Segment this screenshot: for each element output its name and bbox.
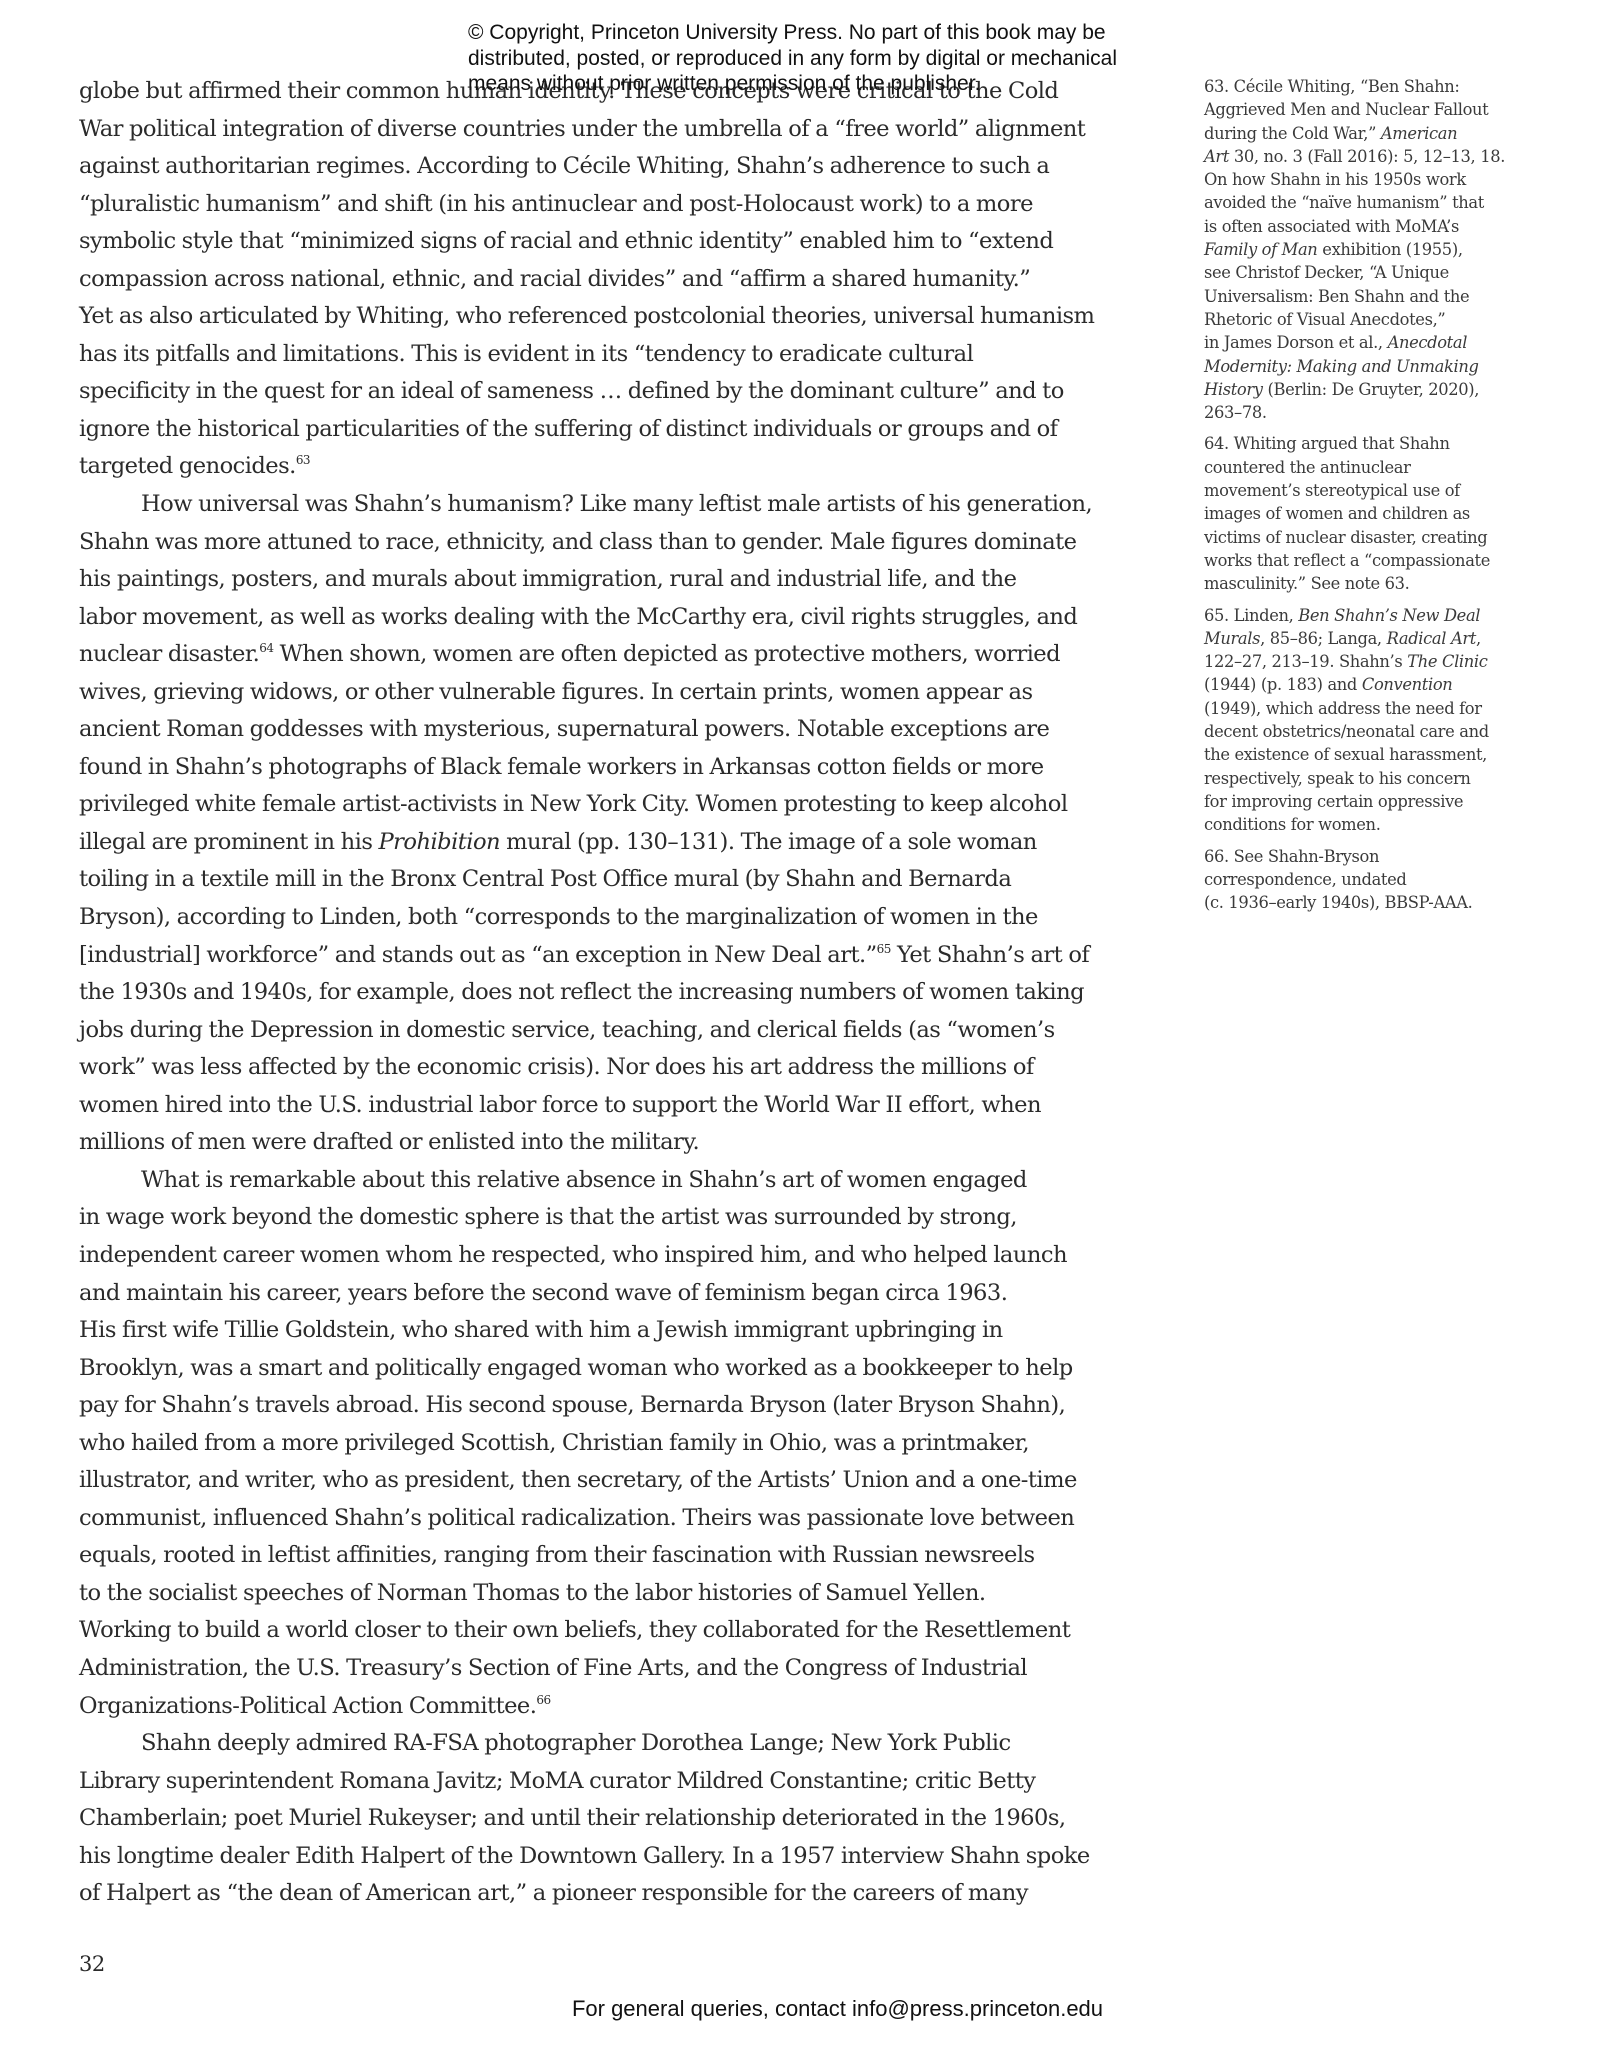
footnote-text: 65. Linden, <box>1204 606 1298 625</box>
footnote-text: 263–78. <box>1204 403 1267 422</box>
body-line-text: the 1930s and 1940s, for example, does n… <box>79 979 1084 1005</box>
body-line: millions of men were drafted or enlisted… <box>79 1124 1139 1162</box>
footnote-line: Universalism: Ben Shahn and the <box>1204 285 1534 308</box>
body-line-text: toiling in a textile mill in the Bronx C… <box>79 866 1011 892</box>
body-line: His first wife Tillie Goldstein, who sha… <box>79 1312 1139 1350</box>
body-line-text: against authoritarian regimes. According… <box>79 153 1049 179</box>
body-line: pay for Shahn’s travels abroad. His seco… <box>79 1387 1139 1425</box>
body-line: has its pitfalls and limitations. This i… <box>79 336 1139 374</box>
body-line-text: War political integration of diverse cou… <box>79 116 1085 142</box>
footnote-line: 122–27, 213–19. Shahn’s The Clinic <box>1204 650 1534 673</box>
footnote-italic-title: Murals <box>1204 629 1260 648</box>
footnote-text: the existence of sexual harassment, <box>1204 745 1487 764</box>
body-line-text: Chamberlain; poet Muriel Rukeyser; and u… <box>79 1805 1066 1831</box>
footnote-line: in James Dorson et al., Anecdotal <box>1204 331 1534 354</box>
body-line: nuclear disaster.64 When shown, women ar… <box>79 636 1139 674</box>
footnote-line: (1944) (p. 183) and Convention <box>1204 673 1534 696</box>
body-line: Chamberlain; poet Muriel Rukeyser; and u… <box>79 1800 1139 1838</box>
body-line-text: his longtime dealer Edith Halpert of the… <box>79 1843 1090 1869</box>
footnote-line: avoided the “naïve humanism” that <box>1204 191 1534 214</box>
footnote-italic-title: Ben Shahn’s New Deal <box>1298 606 1480 625</box>
footnote-italic-title: American <box>1381 124 1457 143</box>
body-line-text: labor movement, as well as works dealing… <box>79 604 1077 630</box>
body-line-text: nuclear disaster. <box>79 641 259 667</box>
footnote-italic-title: Art <box>1204 147 1229 166</box>
footnote-text: victims of nuclear disaster, creating <box>1204 528 1487 547</box>
footnote-text: (Berlin: De Gruyter, 2020), <box>1263 380 1480 399</box>
main-body-text: globe but affirmed their common human id… <box>79 73 1139 1913</box>
footnote-line: 263–78. <box>1204 401 1534 424</box>
footnote-text: movement’s stereotypical use of <box>1204 481 1460 500</box>
body-line: found in Shahn’s photographs of Black fe… <box>79 749 1139 787</box>
footnote-text: see Christof Decker, “A Unique <box>1204 263 1449 282</box>
footnote-line: History (Berlin: De Gruyter, 2020), <box>1204 378 1534 401</box>
body-line-text: his paintings, posters, and murals about… <box>79 566 1016 592</box>
footnote-line: Family of Man exhibition (1955), <box>1204 238 1534 261</box>
body-line-text: privileged white female artist-activists… <box>79 791 1068 817</box>
body-line: wives, grieving widows, or other vulnera… <box>79 674 1139 712</box>
body-line: Working to build a world closer to their… <box>79 1612 1139 1650</box>
footnote-italic-title: Family of Man <box>1204 240 1317 259</box>
body-line-text: “pluralistic humanism” and shift (in his… <box>79 191 1033 217</box>
body-line-text: specificity in the quest for an ideal of… <box>79 378 1064 404</box>
footnotes-column: 63. Cécile Whiting, “Ben Shahn:Aggrieved… <box>1204 75 1534 922</box>
body-line: What is remarkable about this relative a… <box>79 1162 1139 1200</box>
body-line: to the socialist speeches of Norman Thom… <box>79 1575 1139 1613</box>
footnote-65: 65. Linden, Ben Shahn’s New DealMurals, … <box>1204 604 1534 837</box>
body-line-text: mural (pp. 130–131). The image of a sole… <box>500 829 1037 855</box>
body-line-text: Library superintendent Romana Javitz; Mo… <box>79 1768 1035 1794</box>
body-line: jobs during the Depression in domestic s… <box>79 1012 1139 1050</box>
footnote-text: (1949), which address the need for <box>1204 699 1482 718</box>
footnote-reference[interactable]: 66 <box>536 1693 550 1707</box>
body-line: Administration, the U.S. Treasury’s Sect… <box>79 1650 1139 1688</box>
footnote-text: 66. See Shahn-Bryson <box>1204 847 1379 866</box>
footnote-line: during the Cold War,” American <box>1204 122 1534 145</box>
body-line: specificity in the quest for an ideal of… <box>79 373 1139 411</box>
body-line: labor movement, as well as works dealing… <box>79 599 1139 637</box>
footnote-text: avoided the “naïve humanism” that <box>1204 193 1484 212</box>
body-line: in wage work beyond the domestic sphere … <box>79 1199 1139 1237</box>
footnote-line: masculinity.” See note 63. <box>1204 572 1534 595</box>
body-line-text: Administration, the U.S. Treasury’s Sect… <box>79 1655 1027 1681</box>
footnote-text: 63. Cécile Whiting, “Ben Shahn: <box>1204 77 1459 96</box>
body-line: targeted genocides.63 <box>79 448 1139 486</box>
body-line-text: Yet Shahn’s art of <box>891 942 1089 968</box>
body-line-text: and maintain his career, years before th… <box>79 1280 1007 1306</box>
body-line-text: targeted genocides. <box>79 453 296 479</box>
footnote-text: for improving certain oppressive <box>1204 792 1463 811</box>
body-line-text: compassion across national, ethnic, and … <box>79 266 1030 292</box>
footnote-text: decent obstetrics/neonatal care and <box>1204 722 1489 741</box>
footnote-line: (c. 1936–early 1940s), BBSP-AAA. <box>1204 891 1534 914</box>
footnote-text: 64. Whiting argued that Shahn <box>1204 434 1450 453</box>
body-line: symbolic style that “minimized signs of … <box>79 223 1139 261</box>
footnote-63: 63. Cécile Whiting, “Ben Shahn:Aggrieved… <box>1204 75 1534 424</box>
footnote-text: correspondence, undated <box>1204 870 1407 889</box>
body-line-text: in wage work beyond the domestic sphere … <box>79 1204 1017 1230</box>
footnote-italic-title: Radical Art <box>1387 629 1476 648</box>
body-line: How universal was Shahn’s humanism? Like… <box>79 486 1139 524</box>
body-line-text: of Halpert as “the dean of American art,… <box>79 1880 1028 1906</box>
footnote-italic-title: Modernity: Making and Unmaking <box>1204 357 1479 376</box>
footnote-line: respectively, speak to his concern <box>1204 767 1534 790</box>
copyright-line: means without prior written permission o… <box>468 71 1168 97</box>
footnote-text: works that reflect a “compassionate <box>1204 551 1490 570</box>
body-line-text: Shahn was more attuned to race, ethnicit… <box>79 529 1077 555</box>
copyright-line: distributed, posted, or reproduced in an… <box>468 46 1168 72</box>
body-line-text: Yet as also articulated by Whiting, who … <box>79 303 1094 329</box>
body-line-text: communist, influenced Shahn’s political … <box>79 1505 1074 1531</box>
footnote-text: conditions for women. <box>1204 815 1381 834</box>
footnote-line: Murals, 85–86; Langa, Radical Art, <box>1204 627 1534 650</box>
footnote-line: On how Shahn in his 1950s work <box>1204 168 1534 191</box>
footer-contact: For general queries, contact info@press.… <box>0 1996 1615 2022</box>
footnote-text: 30, no. 3 (Fall 2016): 5, 12–13, 18. <box>1229 147 1505 166</box>
body-line-text: work” was less affected by the economic … <box>79 1054 1034 1080</box>
footnote-line: is often associated with MoMA’s <box>1204 215 1534 238</box>
footnote-text: 122–27, 213–19. Shahn’s <box>1204 652 1407 671</box>
footnote-line: 64. Whiting argued that Shahn <box>1204 432 1534 455</box>
body-line: Shahn deeply admired RA-FSA photographer… <box>79 1725 1139 1763</box>
body-line-text: [industrial] workforce” and stands out a… <box>79 942 877 968</box>
body-line-text: independent career women whom he respect… <box>79 1242 1067 1268</box>
body-line: Brooklyn, was a smart and politically en… <box>79 1350 1139 1388</box>
body-line: against authoritarian regimes. According… <box>79 148 1139 186</box>
footnote-line: conditions for women. <box>1204 813 1534 836</box>
footnote-text: during the Cold War,” <box>1204 124 1381 143</box>
body-line-text: who hailed from a more privileged Scotti… <box>79 1430 1029 1456</box>
footnote-italic-title: The Clinic <box>1407 652 1487 671</box>
body-line-text: ancient Roman goddesses with mysterious,… <box>79 716 1049 742</box>
body-line: Bryson), according to Linden, both “corr… <box>79 899 1139 937</box>
footnote-line: (1949), which address the need for <box>1204 697 1534 720</box>
footnote-italic-title: History <box>1204 380 1263 399</box>
footnote-text: Rhetoric of Visual Anecdotes,” <box>1204 310 1445 329</box>
body-line-text: Shahn deeply admired RA-FSA photographer… <box>141 1730 1011 1756</box>
footnote-line: 63. Cécile Whiting, “Ben Shahn: <box>1204 75 1534 98</box>
body-line-text: How universal was Shahn’s humanism? Like… <box>141 491 1092 517</box>
body-line: work” was less affected by the economic … <box>79 1049 1139 1087</box>
body-line: who hailed from a more privileged Scotti… <box>79 1425 1139 1463</box>
footer-text: For general queries, contact info@press.… <box>572 1996 1103 2022</box>
footnote-text: masculinity.” See note 63. <box>1204 574 1410 593</box>
footnote-line: Modernity: Making and Unmaking <box>1204 355 1534 378</box>
footnote-text: in James Dorson et al., <box>1204 333 1388 352</box>
body-line-text: ignore the historical particularities of… <box>79 416 1057 442</box>
body-line: ancient Roman goddesses with mysterious,… <box>79 711 1139 749</box>
body-line: compassion across national, ethnic, and … <box>79 261 1139 299</box>
body-line-text: pay for Shahn’s travels abroad. His seco… <box>79 1392 1065 1418</box>
body-line-text: equals, rooted in leftist affinities, ra… <box>79 1542 1035 1568</box>
footnote-line: see Christof Decker, “A Unique <box>1204 261 1534 284</box>
body-line: “pluralistic humanism” and shift (in his… <box>79 186 1139 224</box>
body-line: women hired into the U.S. industrial lab… <box>79 1087 1139 1125</box>
footnote-66: 66. See Shahn-Brysoncorrespondence, unda… <box>1204 845 1534 915</box>
footnote-italic-title: Anecdotal <box>1388 333 1468 352</box>
footnote-64: 64. Whiting argued that Shahncountered t… <box>1204 432 1534 595</box>
footnote-reference[interactable]: 63 <box>296 453 310 467</box>
footnote-text: images of women and children as <box>1204 504 1470 523</box>
body-line-text: jobs during the Depression in domestic s… <box>79 1017 1055 1043</box>
footnote-text: respectively, speak to his concern <box>1204 769 1471 788</box>
italic-title: Prohibition <box>379 829 500 855</box>
body-line-text: Brooklyn, was a smart and politically en… <box>79 1355 1073 1381</box>
body-line: privileged white female artist-activists… <box>79 786 1139 824</box>
body-line-text: What is remarkable about this relative a… <box>141 1167 1027 1193</box>
page-number: 32 <box>79 1952 105 1976</box>
body-line: of Halpert as “the dean of American art,… <box>79 1875 1139 1913</box>
body-line-text: found in Shahn’s photographs of Black fe… <box>79 754 1044 780</box>
footnote-line: works that reflect a “compassionate <box>1204 549 1534 572</box>
body-line: War political integration of diverse cou… <box>79 111 1139 149</box>
footnote-line: the existence of sexual harassment, <box>1204 743 1534 766</box>
body-line: [industrial] workforce” and stands out a… <box>79 937 1139 975</box>
footnote-line: images of women and children as <box>1204 502 1534 525</box>
body-line: the 1930s and 1940s, for example, does n… <box>79 974 1139 1012</box>
footnote-line: countered the antinuclear <box>1204 456 1534 479</box>
body-line-text: wives, grieving widows, or other vulnera… <box>79 679 1033 705</box>
body-line: independent career women whom he respect… <box>79 1237 1139 1275</box>
body-line-text: illustrator, and writer, who as presiden… <box>79 1467 1077 1493</box>
body-line-text: has its pitfalls and limitations. This i… <box>79 341 973 367</box>
footnote-reference[interactable]: 64 <box>259 641 273 655</box>
body-line: communist, influenced Shahn’s political … <box>79 1500 1139 1538</box>
body-line-text: millions of men were drafted or enlisted… <box>79 1129 699 1155</box>
body-line-text: When shown, women are often depicted as … <box>273 641 1060 667</box>
body-line-text: Bryson), according to Linden, both “corr… <box>79 904 1038 930</box>
body-line-text: illegal are prominent in his <box>79 829 379 855</box>
footnote-text: , <box>1476 629 1481 648</box>
body-line: illustrator, and writer, who as presiden… <box>79 1462 1139 1500</box>
footnote-text: Universalism: Ben Shahn and the <box>1204 287 1469 306</box>
copyright-line: © Copyright, Princeton University Press.… <box>468 20 1168 46</box>
body-line: Yet as also articulated by Whiting, who … <box>79 298 1139 336</box>
body-line-text: symbolic style that “minimized signs of … <box>79 228 1053 254</box>
footnote-text: On how Shahn in his 1950s work <box>1204 170 1466 189</box>
footnote-text: countered the antinuclear <box>1204 458 1411 477</box>
body-line: ignore the historical particularities of… <box>79 411 1139 449</box>
footnote-line: victims of nuclear disaster, creating <box>1204 526 1534 549</box>
footnote-line: Rhetoric of Visual Anecdotes,” <box>1204 308 1534 331</box>
footnote-line: 66. See Shahn-Bryson <box>1204 845 1534 868</box>
body-line: his paintings, posters, and murals about… <box>79 561 1139 599</box>
body-line: illegal are prominent in his Prohibition… <box>79 824 1139 862</box>
footnote-reference[interactable]: 65 <box>877 942 891 956</box>
footnote-line: decent obstetrics/neonatal care and <box>1204 720 1534 743</box>
footnote-text: is often associated with MoMA’s <box>1204 217 1459 236</box>
body-line: equals, rooted in leftist affinities, ra… <box>79 1537 1139 1575</box>
footnote-line: 65. Linden, Ben Shahn’s New Deal <box>1204 604 1534 627</box>
body-line: toiling in a textile mill in the Bronx C… <box>79 861 1139 899</box>
footnote-text: (c. 1936–early 1940s), BBSP-AAA. <box>1204 893 1473 912</box>
body-line: Organizations-Political Action Committee… <box>79 1688 1139 1726</box>
body-line-text: Organizations-Political Action Committee… <box>79 1693 536 1719</box>
body-line-text: His first wife Tillie Goldstein, who sha… <box>79 1317 1003 1343</box>
footnote-italic-title: Convention <box>1362 675 1453 694</box>
body-line: and maintain his career, years before th… <box>79 1275 1139 1313</box>
body-line: Library superintendent Romana Javitz; Mo… <box>79 1763 1139 1801</box>
footnote-text: Aggrieved Men and Nuclear Fallout <box>1204 100 1488 119</box>
footnote-text: (1944) (p. 183) and <box>1204 675 1362 694</box>
footnote-line: for improving certain oppressive <box>1204 790 1534 813</box>
body-line: Shahn was more attuned to race, ethnicit… <box>79 524 1139 562</box>
footnote-line: correspondence, undated <box>1204 868 1534 891</box>
footnote-text: , 85–86; Langa, <box>1260 629 1386 648</box>
body-line-text: to the socialist speeches of Norman Thom… <box>79 1580 986 1606</box>
body-line-text: women hired into the U.S. industrial lab… <box>79 1092 1041 1118</box>
footnote-line: movement’s stereotypical use of <box>1204 479 1534 502</box>
body-line: his longtime dealer Edith Halpert of the… <box>79 1838 1139 1876</box>
footnote-line: Aggrieved Men and Nuclear Fallout <box>1204 98 1534 121</box>
body-line-text: Working to build a world closer to their… <box>79 1617 1070 1643</box>
copyright-notice: © Copyright, Princeton University Press.… <box>468 20 1168 97</box>
footnote-line: Art 30, no. 3 (Fall 2016): 5, 12–13, 18. <box>1204 145 1534 168</box>
footnote-text: exhibition (1955), <box>1317 240 1462 259</box>
